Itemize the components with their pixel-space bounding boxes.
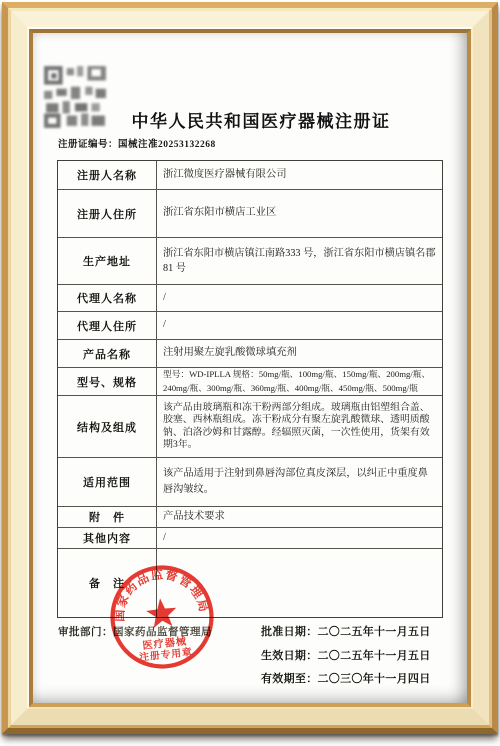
approval-value: 国家药品监督管理局	[113, 627, 212, 638]
row-label: 代理人名称	[58, 285, 157, 311]
frame-cream-band: 中华人民共和国医疗器械注册证 注册证编号：国械注准20253132268 注册人…	[11, 11, 489, 725]
stamp-line2: 注册专用章	[139, 645, 194, 664]
picture-frame: 中华人民共和国医疗器械注册证 注册证编号：国械注准20253132268 注册人…	[2, 2, 498, 734]
expiry-date: 有效期至：二〇三〇年十一月四日	[261, 670, 431, 686]
row-label: 注册人名称	[58, 161, 157, 189]
date-label: 生效日期：	[261, 650, 318, 662]
row-label: 生产地址	[58, 238, 157, 284]
date-label: 批准日期：	[261, 626, 318, 638]
row-label: 型号、规格	[58, 368, 157, 395]
framed-certificate-photo: 中华人民共和国医疗器械注册证 注册证编号：国械注准20253132268 注册人…	[0, 0, 500, 746]
row-label: 其他内容	[58, 528, 157, 548]
row-label: 结构及组成	[58, 396, 157, 457]
table-row: 附 件 产品技术要求	[58, 507, 442, 528]
row-value: 产品技术要求	[157, 507, 442, 527]
row-label: 适用范围	[58, 458, 157, 506]
row-value: 浙江微度医疗器械有限公司	[157, 161, 442, 189]
table-row: 注册人名称 浙江微度医疗器械有限公司	[58, 161, 442, 190]
row-label: 注册人住所	[58, 190, 157, 237]
certificate-table: 注册人名称 浙江微度医疗器械有限公司 注册人住所 浙江省东阳市横店工业区 生产地…	[57, 160, 443, 618]
table-row: 备 注	[58, 549, 442, 617]
row-label: 备 注	[58, 549, 157, 617]
date-value: 二〇二五年十一月五日	[318, 626, 431, 638]
row-value: 该产品由玻璃瓶和冻干粉两部分组成。玻璃瓶由铝塑组合盖、胶塞、西林瓶组成。冻干粉成…	[157, 396, 442, 457]
row-value: /	[157, 528, 442, 548]
table-row: 适用范围 该产品适用于注射到鼻唇沟部位真皮深层，以纠正中重度鼻唇沟皱纹。	[58, 458, 442, 507]
approval-label: 审批部门：	[58, 627, 113, 638]
table-row: 产品名称 注射用聚左旋乳酸微球填充剂	[58, 340, 442, 368]
table-row: 代理人名称 /	[58, 285, 442, 312]
row-value: 注射用聚左旋乳酸微球填充剂	[157, 340, 442, 367]
date-value: 二〇三〇年十一月四日	[318, 673, 431, 685]
row-value: 该产品适用于注射到鼻唇沟部位真皮深层，以纠正中重度鼻唇沟皱纹。	[157, 458, 442, 506]
certificate-page: 中华人民共和国医疗器械注册证 注册证编号：国械注准20253132268 注册人…	[33, 33, 467, 703]
approval-date: 批准日期：二〇二五年十一月五日	[261, 623, 431, 639]
date-block: 批准日期：二〇二五年十一月五日 生效日期：二〇二五年十一月五日 有效期至：二〇三…	[261, 623, 431, 694]
row-label: 产品名称	[58, 340, 157, 367]
table-row: 结构及组成 该产品由玻璃瓶和冻干粉两部分组成。玻璃瓶由铝塑组合盖、胶塞、西林瓶组…	[58, 396, 442, 458]
table-row: 注册人住所 浙江省东阳市横店工业区	[58, 190, 442, 238]
registration-number: 注册证编号：国械注准20253132268	[58, 136, 216, 150]
table-row: 其他内容 /	[58, 528, 442, 549]
row-label: 代理人住所	[58, 312, 157, 339]
frame-highlight-line: 中华人民共和国医疗器械注册证 注册证编号：国械注准20253132268 注册人…	[27, 27, 473, 709]
row-value: /	[157, 285, 442, 311]
row-value: 型号：WD-IPLLA 规格：50mg/瓶、100mg/瓶、150mg/瓶、20…	[157, 368, 442, 395]
frame-inner-gold: 中华人民共和国医疗器械注册证 注册证编号：国械注准20253132268 注册人…	[29, 29, 471, 707]
frame-gold-highlight: 中华人民共和国医疗器械注册证 注册证编号：国械注准20253132268 注册人…	[8, 8, 492, 728]
row-value: 浙江省东阳市横店工业区	[157, 190, 442, 237]
table-row: 生产地址 浙江省东阳市横店镇江南路333 号，浙江省东阳市横店镇名郡81 号	[58, 238, 442, 285]
certificate-title: 中华人民共和国医疗器械注册证	[44, 107, 478, 132]
date-label: 有效期至：	[261, 673, 318, 685]
frame-outer-gold: 中华人民共和国医疗器械注册证 注册证编号：国械注准20253132268 注册人…	[2, 2, 498, 734]
row-value: 浙江省东阳市横店镇江南路333 号，浙江省东阳市横店镇名郡81 号	[157, 238, 442, 284]
row-label: 附 件	[58, 507, 157, 527]
approval-department: 审批部门：国家药品监督管理局	[58, 624, 212, 639]
table-row: 型号、规格 型号：WD-IPLLA 规格：50mg/瓶、100mg/瓶、150m…	[58, 368, 442, 396]
row-value	[157, 549, 442, 617]
table-row: 代理人住所 /	[58, 312, 442, 340]
row-value: /	[157, 312, 442, 339]
effective-date: 生效日期：二〇二五年十一月五日	[261, 647, 431, 663]
date-value: 二〇二五年十一月五日	[318, 650, 431, 662]
